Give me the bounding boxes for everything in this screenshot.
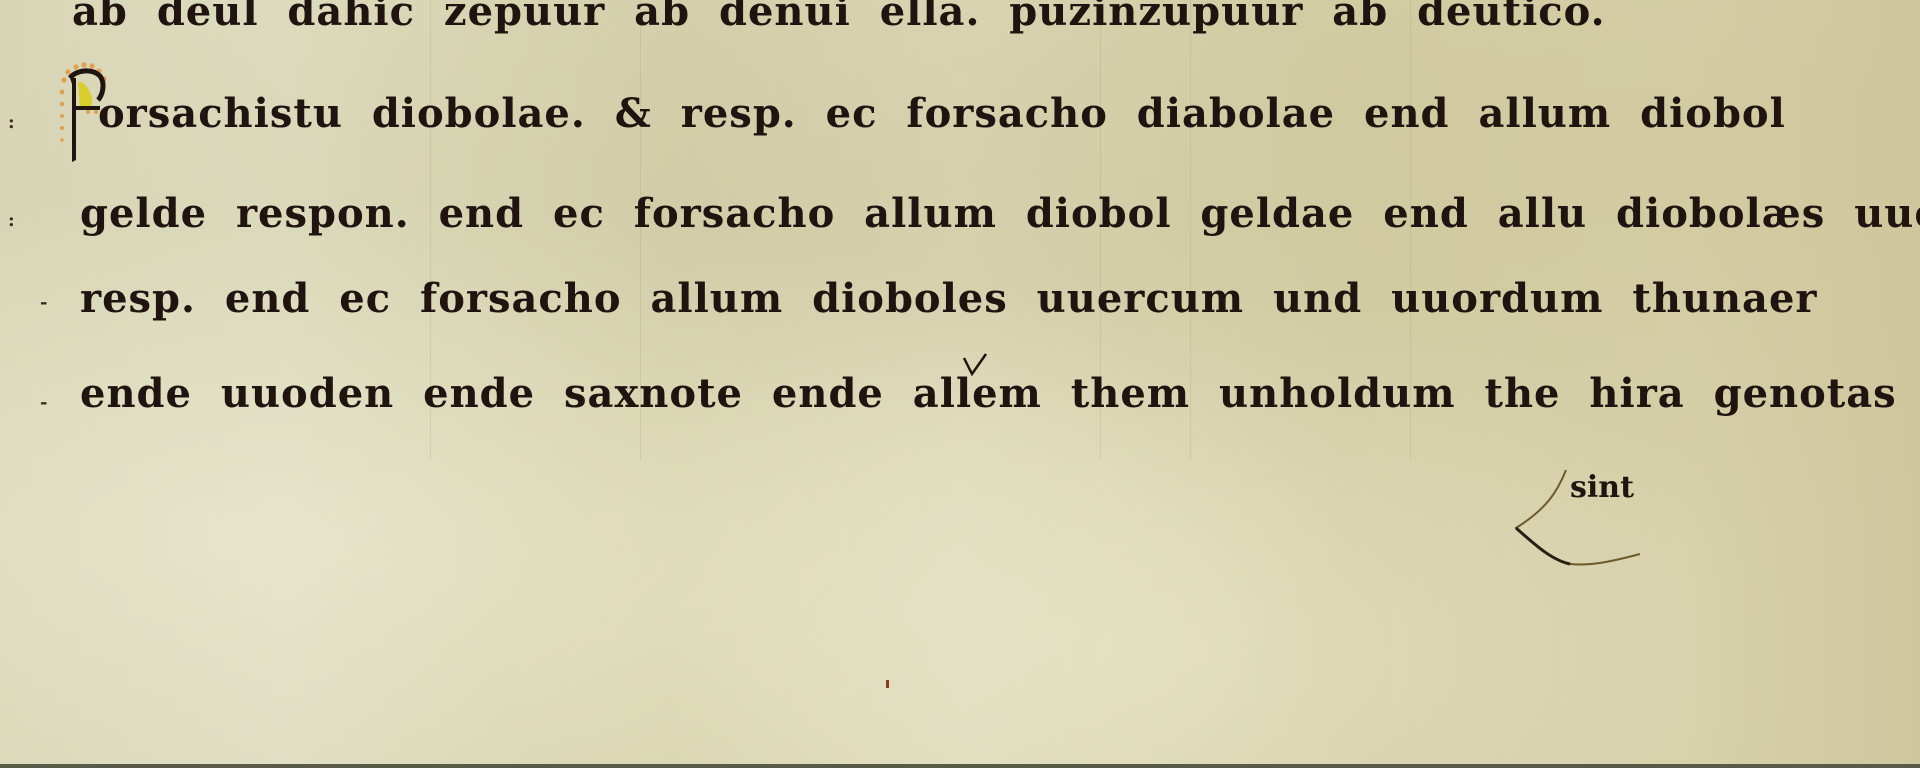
manuscript-line-2: gelde respon. end ec forsacho allum diob… (80, 190, 1920, 237)
correction-text: sint (1570, 470, 1634, 505)
parchment-speck (886, 680, 889, 688)
line-text: ende uuoden ende saxnote ende allem them… (80, 370, 1897, 417)
manuscript-line-0: ab deul dahic zepuur ab denui ella. puzi… (72, 0, 1606, 35)
margin-mark: - (40, 292, 47, 313)
margin-mark: : (8, 112, 15, 133)
margin-mark: : (8, 210, 15, 231)
manuscript-line-4: ende uuoden ende saxnote ende allem them… (80, 370, 1897, 417)
manuscript-line-3: resp. end ec forsacho allum dioboles uue… (80, 275, 1818, 322)
line-text: gelde respon. end ec forsacho allum diob… (80, 190, 1920, 237)
line-text: resp. end ec forsacho allum dioboles uue… (80, 275, 1818, 322)
marginal-correction: sint (1510, 470, 1670, 570)
manuscript-page: : : - - ab deul dahic zepuur ab denui el… (0, 0, 1920, 768)
margin-mark: - (40, 392, 47, 413)
line-text: ab deul dahic zepuur ab denui ella. puzi… (72, 0, 1606, 35)
line-text: orsachistu diobolae. & resp. ec forsacho… (98, 90, 1786, 137)
manuscript-line-1: orsachistu diobolae. & resp. ec forsacho… (98, 90, 1786, 137)
